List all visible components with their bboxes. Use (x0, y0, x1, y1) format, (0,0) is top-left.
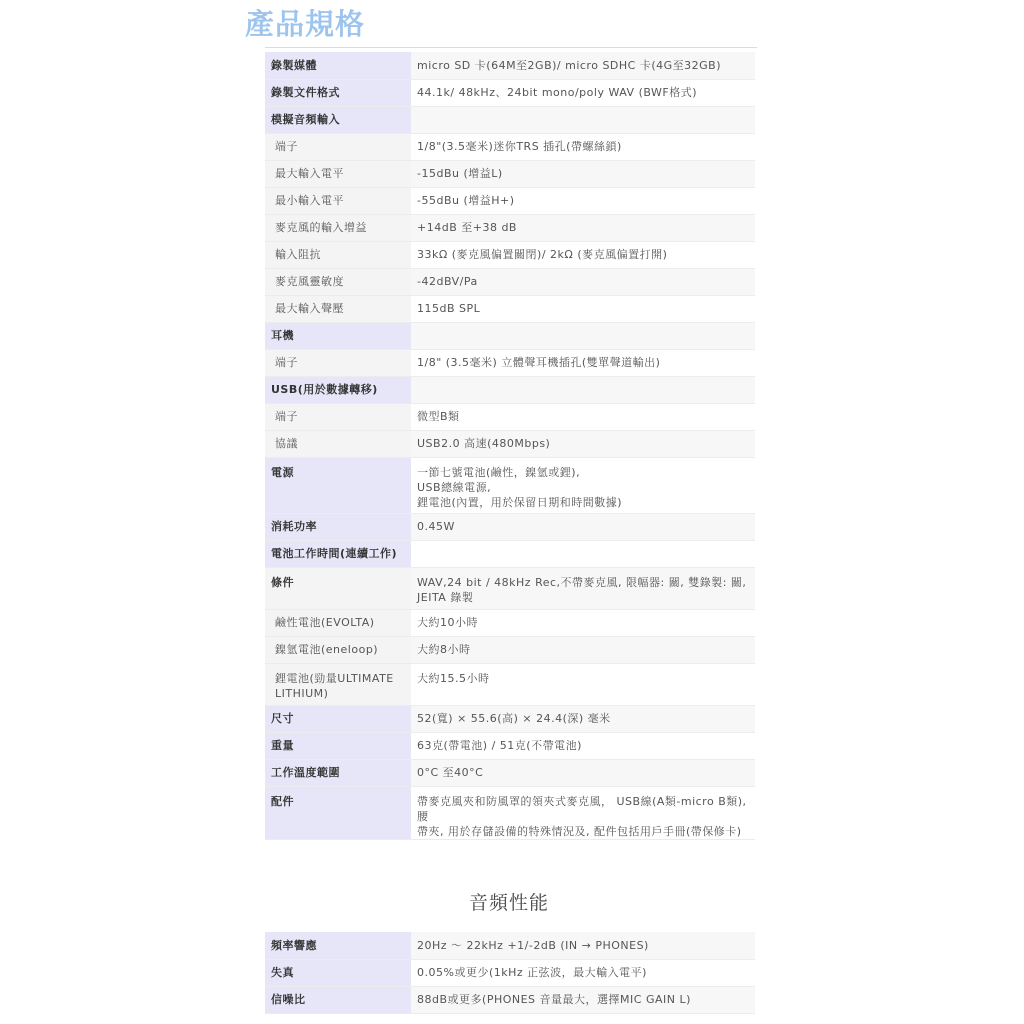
row-label: 端子 (265, 403, 411, 430)
label-line: 鋰電池(勁量ULTIMATE (275, 671, 405, 686)
value-line: 一節七號電池(鹼性，鎳氫或鋰), (417, 465, 749, 480)
table-row: 最小輸入電平 -55dBu (增益H+) (265, 187, 755, 214)
row-label: 頻率響應 (265, 932, 411, 959)
table-row: 消耗功率 0.45W (265, 513, 755, 540)
row-label: 最大輸入電平 (265, 160, 411, 187)
row-label: 電源 (265, 457, 411, 513)
row-label: 協議 (265, 430, 411, 457)
row-label: 麥克風的輸入增益 (265, 214, 411, 241)
row-value: 大約15.5小時 (411, 663, 755, 705)
table-row: 端子 1/8"(3.5毫米)迷你TRS 插孔(帶螺絲鎖) (265, 133, 755, 160)
table-row: 麥克風的輸入增益 +14dB 至+38 dB (265, 214, 755, 241)
table-row: 耳機 (265, 322, 755, 349)
row-label: 電池工作時間(連續工作) (265, 540, 411, 567)
row-label: 鹼性電池(EVOLTA) (265, 609, 411, 636)
table-row: 最大輸入電平 -15dBu (增益L) (265, 160, 755, 187)
row-label: 失真 (265, 959, 411, 986)
row-label: 最大輸入聲壓 (265, 295, 411, 322)
row-label: 鋰電池(勁量ULTIMATE LITHIUM) (265, 663, 411, 705)
row-label: USB(用於數據轉移) (265, 376, 411, 403)
row-label: 模擬音頻輸入 (265, 106, 411, 133)
row-label: 條件 (265, 567, 411, 609)
table-row: 錄製媒體 micro SD 卡(64M至2GB)/ micro SDHC 卡(4… (265, 52, 755, 79)
row-value (411, 376, 755, 403)
row-label: 重量 (265, 732, 411, 759)
row-value: 52(寬) × 55.6(高) × 24.4(深) 毫米 (411, 705, 755, 732)
table-row: 配件 帶麥克風夾和防風罩的領夾式麥克風， USB線(A類-micro B類), … (265, 786, 755, 839)
value-line: 鋰電池(內置，用於保留日期和時間數據) (417, 495, 749, 510)
row-label: 輸入阻抗 (265, 241, 411, 268)
row-value: 大約8小時 (411, 636, 755, 663)
row-value: -15dBu (增益L) (411, 160, 755, 187)
row-value: WAV,24 bit / 48kHz Rec,不帶麥克風, 限幅器: 關, 雙錄… (411, 567, 755, 609)
table-row: 工作溫度範圍 0°C 至40°C (265, 759, 755, 786)
table-row: 麥克風靈敏度 -42dBV/Pa (265, 268, 755, 295)
row-value: -42dBV/Pa (411, 268, 755, 295)
value-line: 帶夾, 用於存儲設備的特殊情況及, 配件包括用戶手冊(帶保修卡) (417, 824, 749, 839)
table-row: 端子 微型B類 (265, 403, 755, 430)
row-label: 麥克風靈敏度 (265, 268, 411, 295)
row-value: 大約10小時 (411, 609, 755, 636)
row-value (411, 106, 755, 133)
row-label: 配件 (265, 786, 411, 839)
row-label: 耳機 (265, 322, 411, 349)
value-line: WAV,24 bit / 48kHz Rec,不帶麥克風, 限幅器: 關, 雙錄… (417, 575, 749, 590)
row-label: 尺寸 (265, 705, 411, 732)
table-row: 協議 USB2.0 高速(480Mbps) (265, 430, 755, 457)
row-label: 錄製媒體 (265, 52, 411, 79)
row-value: 33kΩ (麥克風偏置關閉)/ 2kΩ (麥克風偏置打開) (411, 241, 755, 268)
row-value: 44.1k/ 48kHz、24bit mono/poly WAV (BWF格式) (411, 79, 755, 106)
row-label: 最小輸入電平 (265, 187, 411, 214)
spec-table: 錄製媒體 micro SD 卡(64M至2GB)/ micro SDHC 卡(4… (265, 52, 755, 840)
page-title: 產品規格 (245, 4, 365, 44)
row-value (411, 322, 755, 349)
row-value: 20Hz ～ 22kHz +1/-2dB (IN → PHONES) (411, 932, 755, 959)
table-row: 重量 63克(帶電池) / 51克(不帶電池) (265, 732, 755, 759)
table-row: 尺寸 52(寬) × 55.6(高) × 24.4(深) 毫米 (265, 705, 755, 732)
row-label: 消耗功率 (265, 513, 411, 540)
row-label: 信噪比 (265, 986, 411, 1013)
row-value: micro SD 卡(64M至2GB)/ micro SDHC 卡(4G至32G… (411, 52, 755, 79)
table-row: 鹼性電池(EVOLTA) 大約10小時 (265, 609, 755, 636)
row-label: 鎳氫電池(eneloop) (265, 636, 411, 663)
row-value: 115dB SPL (411, 295, 755, 322)
divider (265, 47, 757, 48)
row-value: 一節七號電池(鹼性，鎳氫或鋰), USB總線電源, 鋰電池(內置，用於保留日期和… (411, 457, 755, 513)
table-row: 電源 一節七號電池(鹼性，鎳氫或鋰), USB總線電源, 鋰電池(內置，用於保留… (265, 457, 755, 513)
row-label: 端子 (265, 133, 411, 160)
table-row: 信噪比 88dB或更多(PHONES 音量最大，選擇MIC GAIN L) (265, 986, 755, 1013)
row-value: 0.45W (411, 513, 755, 540)
table-row: 輸入阻抗 33kΩ (麥克風偏置關閉)/ 2kΩ (麥克風偏置打開) (265, 241, 755, 268)
row-value: USB2.0 高速(480Mbps) (411, 430, 755, 457)
table-row: 錄製文件格式 44.1k/ 48kHz、24bit mono/poly WAV … (265, 79, 755, 106)
row-value: 0.05%或更少(1kHz 正弦波，最大輸入電平) (411, 959, 755, 986)
row-value (411, 540, 755, 567)
row-value: 0°C 至40°C (411, 759, 755, 786)
row-value: 63克(帶電池) / 51克(不帶電池) (411, 732, 755, 759)
section-title-audio: 音頻性能 (0, 888, 1018, 915)
table-row: 條件 WAV,24 bit / 48kHz Rec,不帶麥克風, 限幅器: 關,… (265, 567, 755, 609)
value-line: JEITA 錄製 (417, 590, 749, 605)
row-value: +14dB 至+38 dB (411, 214, 755, 241)
table-row: 鋰電池(勁量ULTIMATE LITHIUM) 大約15.5小時 (265, 663, 755, 705)
row-label: 工作溫度範圍 (265, 759, 411, 786)
row-value: 1/8" (3.5毫米) 立體聲耳機插孔(雙單聲道輸出) (411, 349, 755, 376)
table-row: 最大輸入聲壓 115dB SPL (265, 295, 755, 322)
table-row: 電池工作時間(連續工作) (265, 540, 755, 567)
row-value: 帶麥克風夾和防風罩的領夾式麥克風， USB線(A類-micro B類), 腰 帶… (411, 786, 755, 839)
table-row: 端子 1/8" (3.5毫米) 立體聲耳機插孔(雙單聲道輸出) (265, 349, 755, 376)
table-row: 失真 0.05%或更少(1kHz 正弦波，最大輸入電平) (265, 959, 755, 986)
audio-table: 頻率響應 20Hz ～ 22kHz +1/-2dB (IN → PHONES) … (265, 932, 755, 1014)
row-value: 1/8"(3.5毫米)迷你TRS 插孔(帶螺絲鎖) (411, 133, 755, 160)
value-line: 帶麥克風夾和防風罩的領夾式麥克風， USB線(A類-micro B類), 腰 (417, 794, 749, 824)
table-row: 模擬音頻輸入 (265, 106, 755, 133)
value-line: USB總線電源, (417, 480, 749, 495)
row-value: 微型B類 (411, 403, 755, 430)
row-value: -55dBu (增益H+) (411, 187, 755, 214)
label-line: LITHIUM) (275, 686, 405, 701)
row-label: 錄製文件格式 (265, 79, 411, 106)
row-value: 88dB或更多(PHONES 音量最大，選擇MIC GAIN L) (411, 986, 755, 1013)
row-label: 端子 (265, 349, 411, 376)
table-row: 頻率響應 20Hz ～ 22kHz +1/-2dB (IN → PHONES) (265, 932, 755, 959)
table-row: USB(用於數據轉移) (265, 376, 755, 403)
table-row: 鎳氫電池(eneloop) 大約8小時 (265, 636, 755, 663)
